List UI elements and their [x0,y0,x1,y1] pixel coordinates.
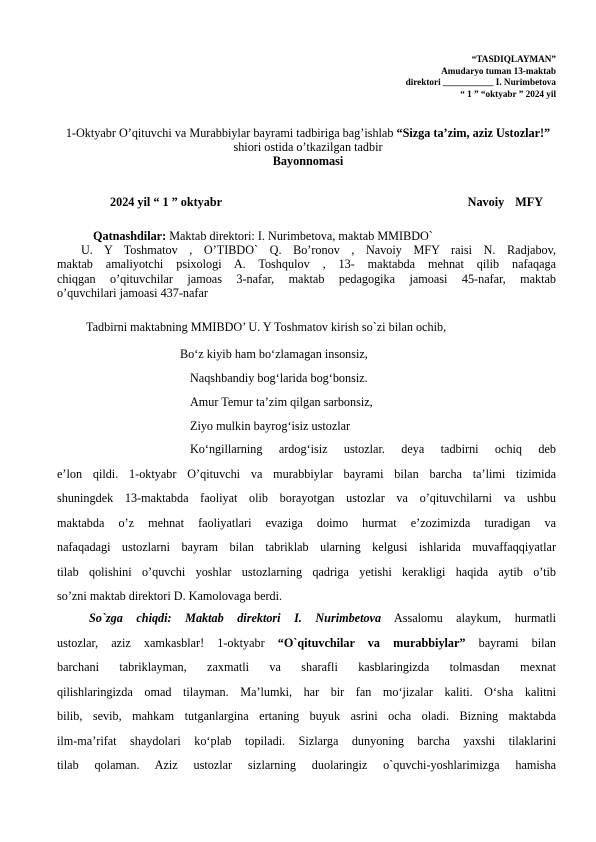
body-line: tilab qolishini o’quvchi yoshlar ustozla… [57,560,556,585]
speech-text: ustozlar, aziz xamkasblar! 1-oktyabr [57,636,278,650]
body-line: so’zni maktab direktori D. Kamolovaga be… [57,584,556,609]
document-date: 2024 yil “ 1 ” oktyabr [110,195,222,210]
participants-line: U. Y Toshmatov , O’TIBDO` Q. Bo’ronov , … [57,243,556,257]
poem-line: Bo‘z kiyib ham bo‘zlamagan insonsiz, [180,344,368,364]
poem-line: Amur Temur ta’zim qilgan sarbonsiz, [190,392,373,412]
participants-line: maktab amaliyotchi psixologi A. Toshqulo… [57,257,556,271]
speech-line: ilm-ma’rifat shaydolari ko‘plab topiladi… [57,729,556,754]
body-line: e’lon qildi. 1-oktyabr O’qituvchi va mur… [57,462,556,487]
approval-director: direktori ___________ I. Nurimbetova [406,77,556,89]
speech-line: qilishlaringizda omad tilayman. Ma’lumki… [57,680,556,705]
speech-text: bayrami bilan [466,636,556,650]
approval-block: “TASDIQLAYMAN” Amudaryo tuman 13-maktab … [406,54,556,100]
approval-school: Amudaryo tuman 13-maktab [406,66,556,78]
participants-paragraph: Qatnashdilar: Maktab direktori: I. Nurim… [57,229,556,300]
document-place: Navoiy MFY [468,195,543,210]
holiday-name: “O`qituvchilar va murabbiylar” [278,636,466,650]
speech-first-line: So`zga chiqdi: Maktab direktori I. Nurim… [57,606,556,631]
title-slogan: “Sizga ta’zim, aziz Ustozlar!” [397,126,551,140]
speaker-label: So`zga chiqdi: Maktab direktori I. Nurim… [89,611,381,625]
body-line: maktabda o’z mehnat faoliyatlari evaziga… [57,511,556,536]
opening-paragraph: Ko‘ngillarning ardog‘isiz ustozlar. deya… [57,437,556,609]
speech-line: tilab qolaman. Aziz ustozlar sizlarning … [57,753,556,778]
participants-line: o’quvchilari jamoasi 437-nafar [57,286,556,300]
body-line: nafaqadagi ustozlarni bayram bilan tabri… [57,535,556,560]
participants-first-line: Maktab direktori: I. Nurimbetova, maktab… [166,229,433,243]
approval-date: “ 1 ” “oktyabr ” 2024 yil [406,89,556,101]
body-line: shuningdek 13-maktabda faoliyat olib bor… [57,486,556,511]
speech-line: bilib, sevib, mahkam tutganlargina ertan… [57,704,556,729]
title-text: 1-Oktyabr O’qituvchi va Murabbiylar bayr… [66,126,397,140]
title-text-end: shiori ostida o’tkazilgan tadbir [233,140,382,154]
participants-label: Qatnashdilar: [93,229,166,243]
body-line: Ko‘ngillarning ardog‘isiz ustozlar. deya… [57,437,556,462]
document-title: 1-Oktyabr O’qituvchi va Murabbiylar bayr… [60,126,556,168]
poem-line: Naqshbandiy bog‘larida bog‘bonsiz. [190,368,368,388]
intro-line: Tadbirni maktabning MMIBDO’ U. Y Toshmat… [86,320,446,335]
speech-paragraph: So`zga chiqdi: Maktab direktori I. Nurim… [57,606,556,778]
speech-second-line: ustozlar, aziz xamkasblar! 1-oktyabr “O`… [57,631,556,656]
document-type: Bayonnomasi [60,154,556,168]
approval-heading: “TASDIQLAYMAN” [406,54,556,66]
participants-line: chiqgan o’qituvchilar jamoas 3-nafar, ma… [57,272,556,286]
poem-line: Ziyo mulkin bayrog‘isiz ustozlar [190,416,350,436]
speech-greeting: Assalomu alaykum, hurmatli [381,611,556,625]
speech-line: barchani tabriklayman, zaxmatli va shara… [57,655,556,680]
